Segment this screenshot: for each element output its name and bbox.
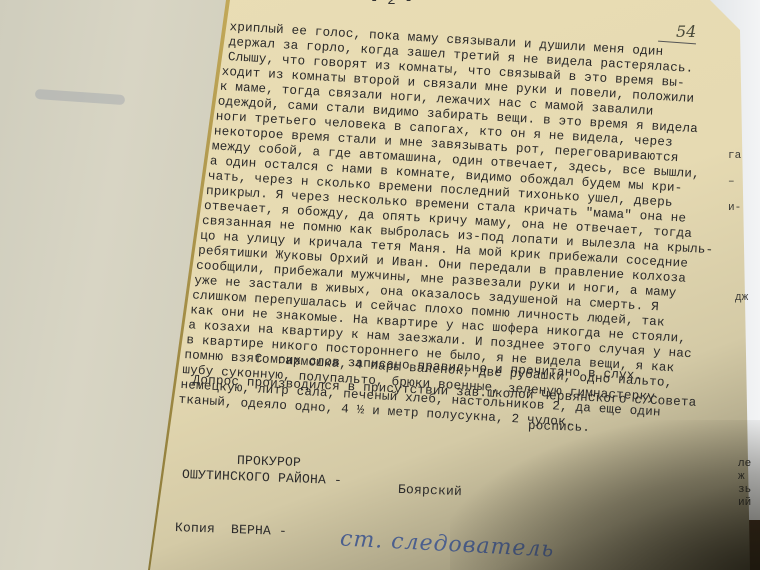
page-number: - 2 -: [370, 0, 413, 9]
signature-label: роспись.: [528, 419, 591, 436]
prosecutor-name: Боярский: [398, 482, 463, 499]
margin-fragment: ле ж зь ий: [738, 458, 751, 510]
background-handwriting: [746, 4, 754, 94]
ink-smudge: [35, 89, 125, 105]
folio-number: 54: [676, 22, 696, 41]
margin-fragment: га – и-: [728, 150, 741, 215]
prosecutor-title: ПРОКУРОР: [237, 453, 302, 470]
margin-fragment: дж: [735, 292, 748, 305]
